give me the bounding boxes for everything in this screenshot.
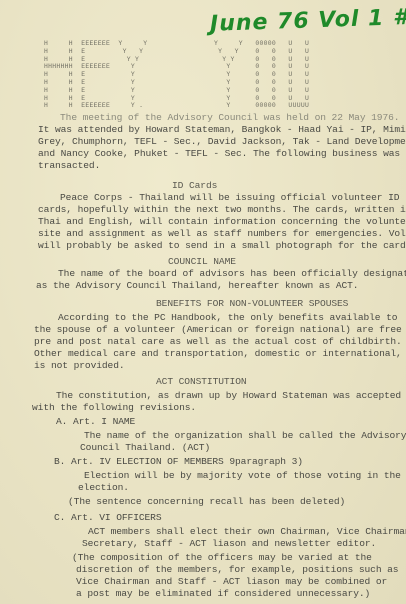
id-cards-line: Thai and English, will contain informati… [38,216,406,227]
benefits-line: is not provided. [34,360,125,371]
council-name-line: The name of the board of advisors has be… [58,268,406,279]
article-c-note-line: Vice Chairman and Staff - ACT liason may… [76,576,387,587]
article-b-line: election. [78,482,129,493]
intro-line: Grey, Chumphorn, TEFL - Sec., David Jack… [38,136,406,147]
article-a-line: Council Thailand. (ACT) [80,442,210,453]
constitution-line: with the following revisions. [32,402,196,413]
benefits-line: Other medical care and transportation, d… [34,348,402,359]
council-name-line: as the Advisory Council Thailand, hereaf… [36,280,358,291]
section-heading-council-name: COUNCIL NAME [168,256,236,267]
section-heading-constitution: ACT CONSTITUTION [156,376,247,387]
article-c-note-line: (The composition of the officers may be … [72,552,372,563]
benefits-line: According to the PC Handbook, the only b… [58,312,397,323]
constitution-line: The constitution, as drawn up by Howard … [56,390,401,401]
banner-you: Y Y 00000 U U Y Y 0 0 U U Y Y 0 0 U U Y … [214,40,309,110]
article-c-label: C. Art. VI OFFICERS [54,512,162,523]
handwritten-issue-note: June 76 Vol 1 #5 [209,0,406,43]
banner-hey: H H EEEEEEE Y Y H H E Y Y H H E Y Y HHHH… [44,40,147,110]
article-a-line: The name of the organization shall be ca… [84,430,406,441]
scanned-page: June 76 Vol 1 #5 H H EEEEEEE Y Y H H E Y… [0,0,406,604]
benefits-line: pre and post natal care as well as the a… [34,336,402,347]
benefits-line: the spouse of a volunteer (American or f… [34,324,402,335]
intro-line: transacted. [38,160,100,171]
article-b-label: B. Art. IV ELECTION OF MEMBERS 9paragrap… [54,456,303,467]
intro-line: It was attended by Howard Stateman, Bang… [38,124,406,135]
intro-line: The meeting of the Advisory Council was … [60,112,399,123]
article-b-note: (The sentence concerning recall has been… [68,496,345,507]
id-cards-line: Peace Corps - Thailand will be issuing o… [60,192,399,203]
article-c-note-line: discretion of the members, for example, … [76,564,398,575]
article-c-line: ACT members shall elect their own Chairm… [88,526,406,537]
article-b-line: Election will be by majority vote of tho… [84,470,401,481]
section-heading-benefits: BENEFITS FOR NON-VOLUNTEER SPOUSES [156,298,348,309]
intro-line: and Nancy Cooke, Phuket - TEFL - Sec. Th… [38,148,400,159]
handwritten-date-volume: June 76 Vol 1 # [210,5,406,37]
id-cards-line: site and assignment as well as staff num… [38,228,406,239]
hey-you-typed-banner: H H EEEEEEE Y Y H H E Y Y H H E Y Y HHHH… [44,40,344,110]
article-a-label: A. Art. I NAME [56,416,135,427]
id-cards-line: will probably be asked to send in a smal… [38,240,406,251]
article-c-note-line: a post may be eliminated if considered u… [76,588,370,599]
id-cards-line: cards, hopefully within the next two mon… [38,204,406,215]
section-heading-id-cards: ID Cards [172,180,217,191]
article-c-line: Secretary, Staff - ACT liason and newsle… [82,538,376,549]
